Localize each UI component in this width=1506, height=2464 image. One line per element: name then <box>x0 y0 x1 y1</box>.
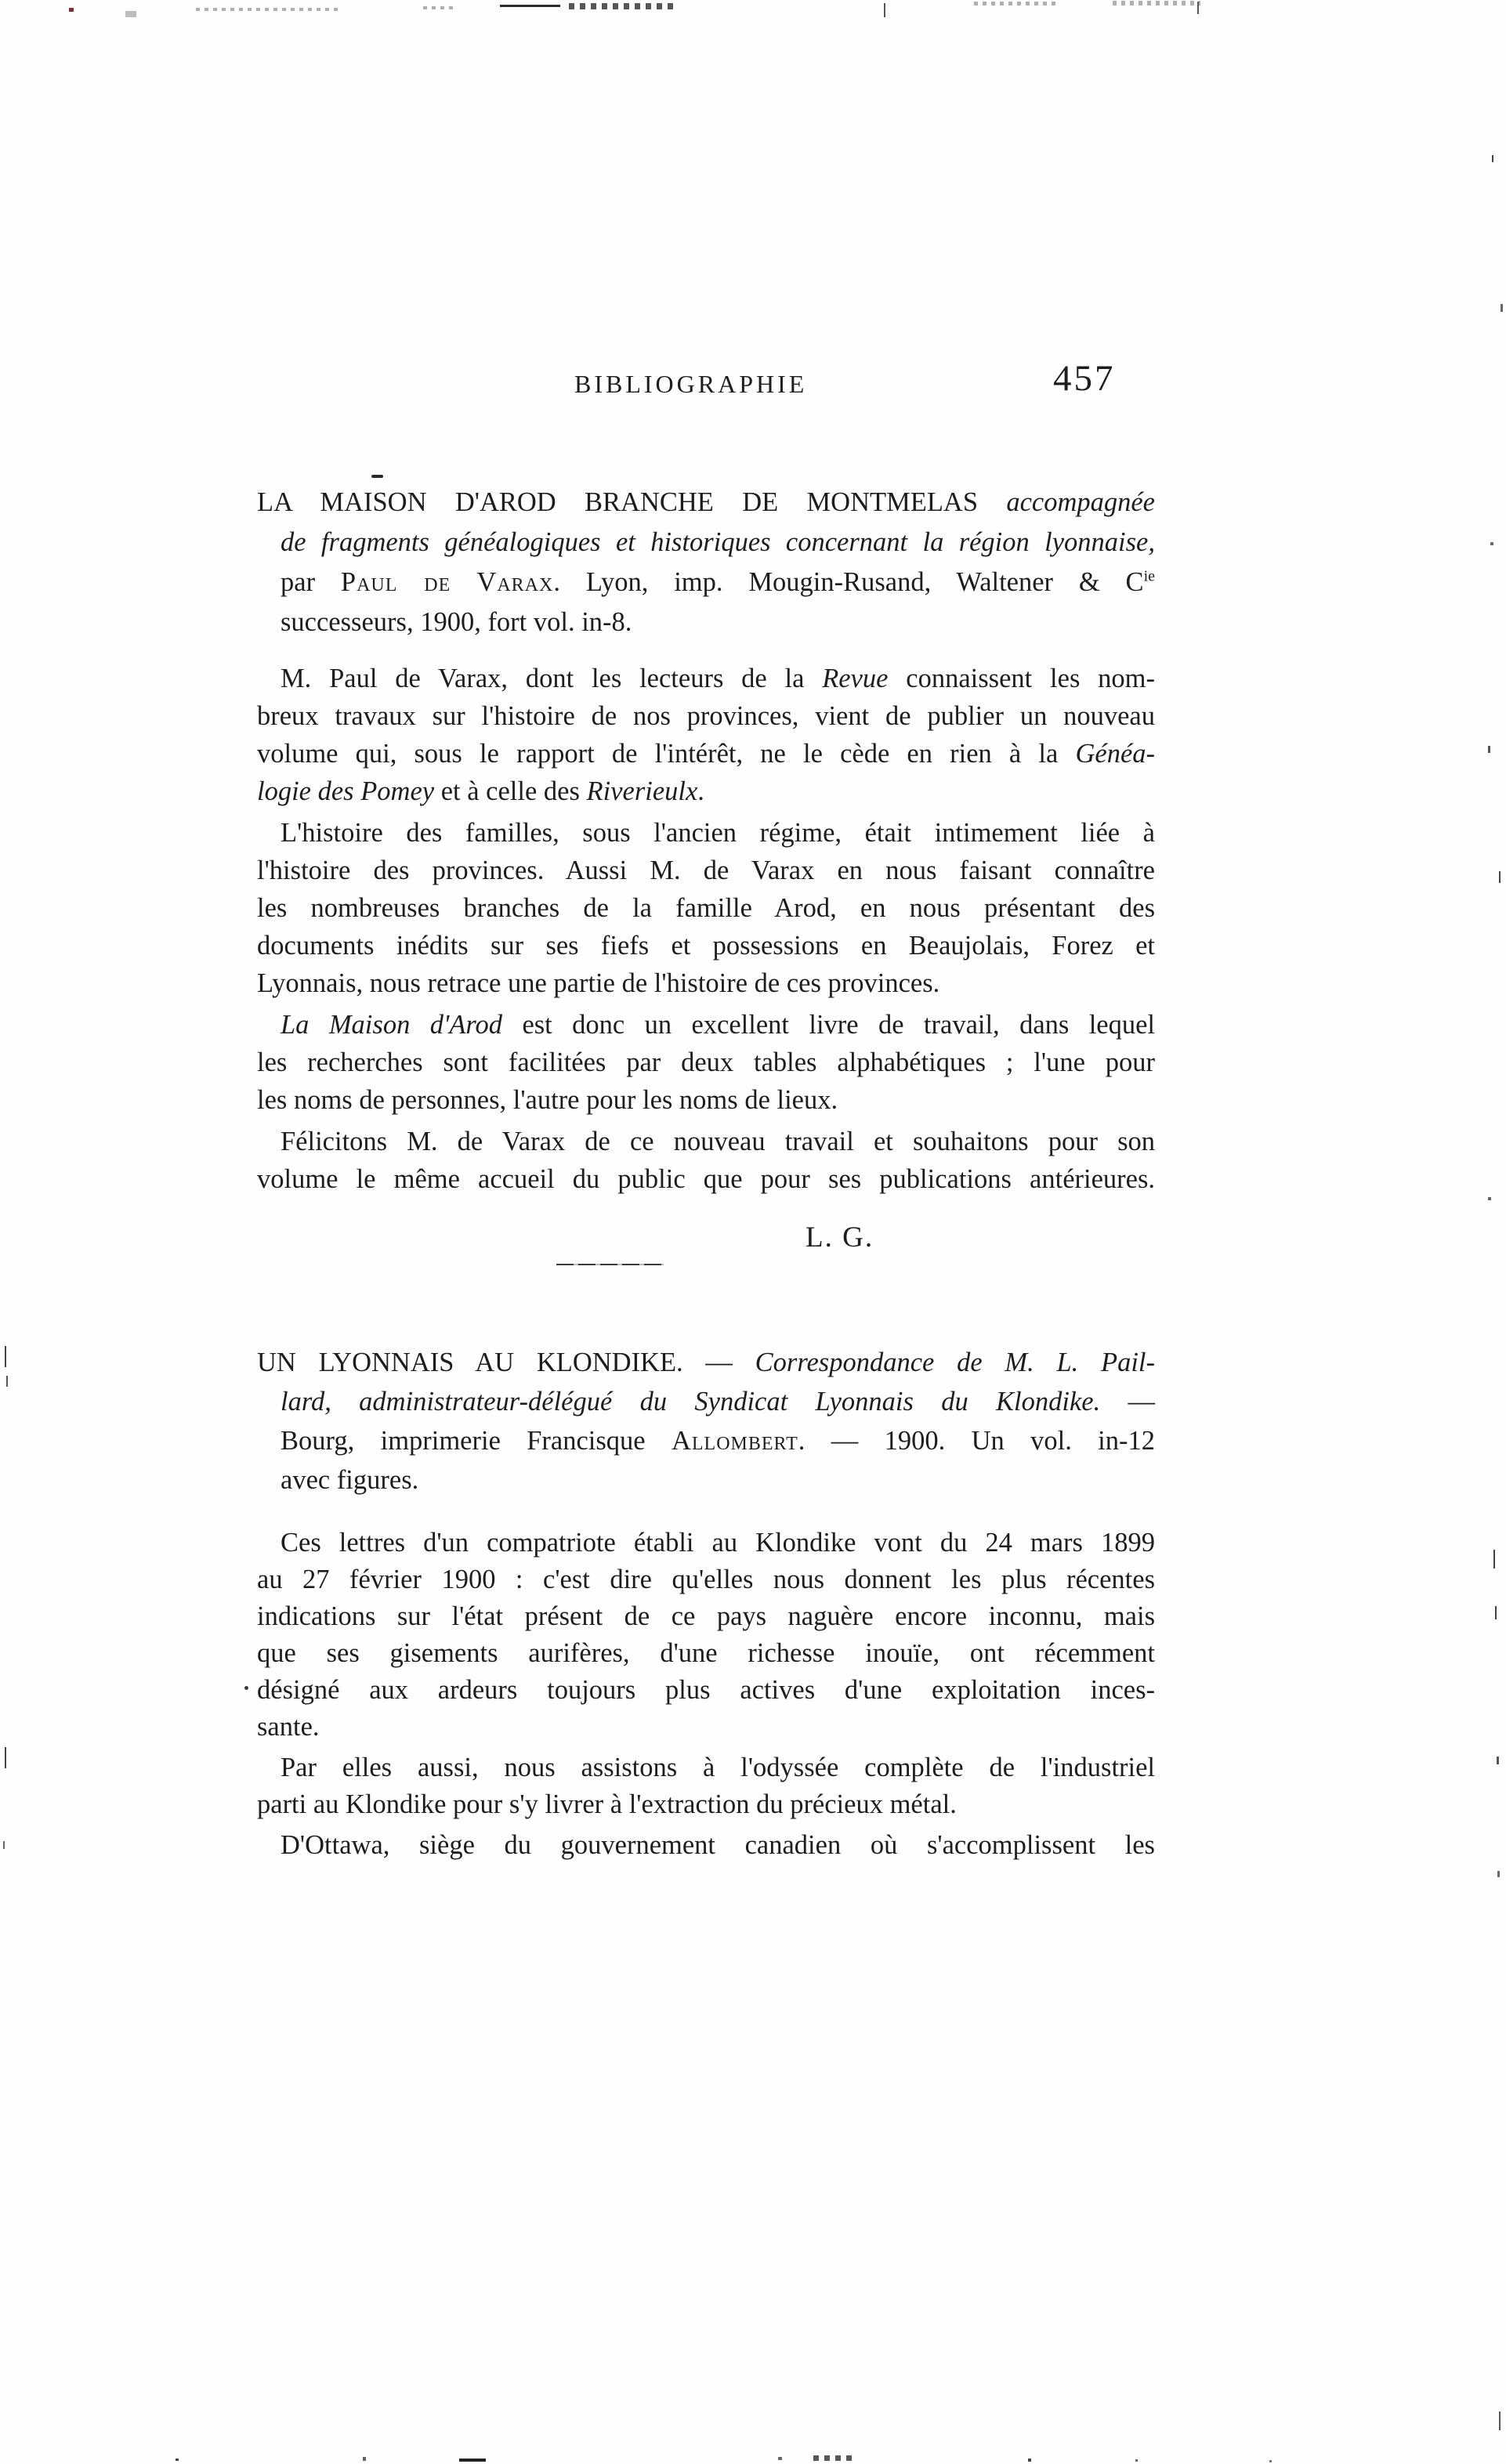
speck <box>1488 746 1490 753</box>
text-line: que ses gisements aurifères, d'une riche… <box>257 1635 1155 1672</box>
text-line: LA MAISON D'AROD BRANCHE DE MONTMELAS ac… <box>257 483 1155 523</box>
paragraph: Ces lettres d'un compatriote établi au K… <box>257 1525 1155 1746</box>
speck <box>196 8 338 11</box>
text-line: L'histoire des familles, sous l'ancien r… <box>257 814 1155 852</box>
speck <box>6 1376 8 1387</box>
speck <box>1497 1757 1499 1764</box>
speck <box>1493 1550 1495 1568</box>
paragraph: La Maison d'Arod est donc un excellent l… <box>257 1006 1155 1119</box>
text-line: D'Ottawa, siège du gouvernement canadien… <box>257 1827 1155 1864</box>
text-line: les recherches sont facilitées par deux … <box>257 1044 1155 1081</box>
text-line: successeurs, 1900, fort vol. in-8. <box>257 602 1155 642</box>
speck <box>569 3 675 9</box>
scanned-book-page: BIBLIOGRAPHIE 457 LA MAISON D'AROD BRANC… <box>0 0 1506 2464</box>
speck <box>423 6 456 9</box>
speck <box>884 3 885 17</box>
paragraph: Par elles aussi, nous assistons à l'odys… <box>257 1749 1155 1823</box>
paragraph: Félicitons M. de Varax de ce nouveau tra… <box>257 1123 1155 1198</box>
entry-1-citation: LA MAISON D'AROD BRANCHE DE MONTMELAS ac… <box>257 483 1155 642</box>
page-number: 457 <box>1053 357 1116 400</box>
text-line: de fragments généalogiques et historique… <box>257 523 1155 563</box>
speck <box>974 2 1056 5</box>
speck <box>1269 2460 1272 2462</box>
entry-1-review: M. Paul de Varax, dont les lecteurs de l… <box>257 660 1155 1198</box>
section-divider-rule <box>556 1264 664 1265</box>
text-line: Ces lettres d'un compatriote établi au K… <box>257 1525 1155 1561</box>
text-line: lard, administrateur-délégué du Syndicat… <box>257 1382 1155 1421</box>
speck <box>69 8 74 12</box>
speck <box>778 2457 782 2460</box>
speck <box>1499 2412 1501 2430</box>
text-line: logie des Pomey et à celle des Riverieul… <box>257 772 1155 810</box>
speck <box>1135 2459 1138 2462</box>
speck <box>1197 2 1199 14</box>
text-line: Félicitons M. de Varax de ce nouveau tra… <box>257 1123 1155 1160</box>
paragraph: L'histoire des familles, sous l'ancien r… <box>257 814 1155 1002</box>
speck <box>176 2459 179 2461</box>
text-line: Bourg, imprimerie Francisque Allombert. … <box>257 1421 1155 1460</box>
text-line: UN LYONNAIS AU KLONDIKE. — Correspondanc… <box>257 1343 1155 1382</box>
speck <box>1499 871 1501 883</box>
text-line: M. Paul de Varax, dont les lecteurs de l… <box>257 660 1155 697</box>
text-line: sante. <box>257 1709 1155 1746</box>
text-line: breux travaux sur l'histoire de nos prov… <box>257 697 1155 735</box>
speck <box>1501 304 1503 312</box>
text-line: l'histoire des provinces. Aussi M. de Va… <box>257 852 1155 889</box>
reviewer-signature: L. G. <box>805 1221 874 1254</box>
text-line: les nombreuses branches de la famille Ar… <box>257 889 1155 927</box>
entry-2-review: Ces lettres d'un compatriote établi au K… <box>257 1525 1155 1864</box>
text-line: Lyonnais, nous retrace une partie de l'h… <box>257 964 1155 1002</box>
speck <box>363 2457 366 2461</box>
speck <box>813 2455 856 2461</box>
paragraph: M. Paul de Varax, dont les lecteurs de l… <box>257 660 1155 810</box>
speck <box>371 475 383 478</box>
text-line: volume qui, sous le rapport de l'intérêt… <box>257 735 1155 772</box>
speck <box>459 2459 486 2462</box>
speck <box>244 1686 248 1690</box>
speck <box>5 1747 6 1768</box>
speck <box>1028 2459 1031 2462</box>
speck <box>500 5 560 7</box>
entry-2-citation: UN LYONNAIS AU KLONDIKE. — Correspondanc… <box>257 1343 1155 1500</box>
speck <box>1492 155 1493 162</box>
text-line: La Maison d'Arod est donc un excellent l… <box>257 1006 1155 1044</box>
speck <box>125 11 136 17</box>
text-line: Par elles aussi, nous assistons à l'odys… <box>257 1749 1155 1786</box>
speck <box>1113 1 1200 5</box>
speck <box>3 1841 5 1849</box>
running-head-title: BIBLIOGRAPHIE <box>574 370 807 399</box>
text-line: les noms de personnes, l'autre pour les … <box>257 1081 1155 1119</box>
speck <box>1497 1871 1500 1877</box>
text-line: documents inédits sur ses fiefs et posse… <box>257 927 1155 964</box>
text-line: au 27 février 1900 : c'est dire qu'elles… <box>257 1561 1155 1598</box>
speck <box>1495 1606 1497 1619</box>
speck <box>1488 1197 1491 1200</box>
text-line: parti au Klondike pour s'y livrer à l'ex… <box>257 1786 1155 1823</box>
text-line: indications sur l'état présent de ce pay… <box>257 1598 1155 1635</box>
text-line: par Paul de Varax. Lyon, imp. Mougin-Rus… <box>257 563 1155 602</box>
text-line: volume le même accueil du public que pou… <box>257 1160 1155 1198</box>
speck <box>5 1346 6 1367</box>
text-line: désigné aux ardeurs toujours plus active… <box>257 1672 1155 1709</box>
text-line: avec figures. <box>257 1460 1155 1500</box>
paragraph: D'Ottawa, siège du gouvernement canadien… <box>257 1827 1155 1864</box>
speck <box>1490 542 1493 545</box>
